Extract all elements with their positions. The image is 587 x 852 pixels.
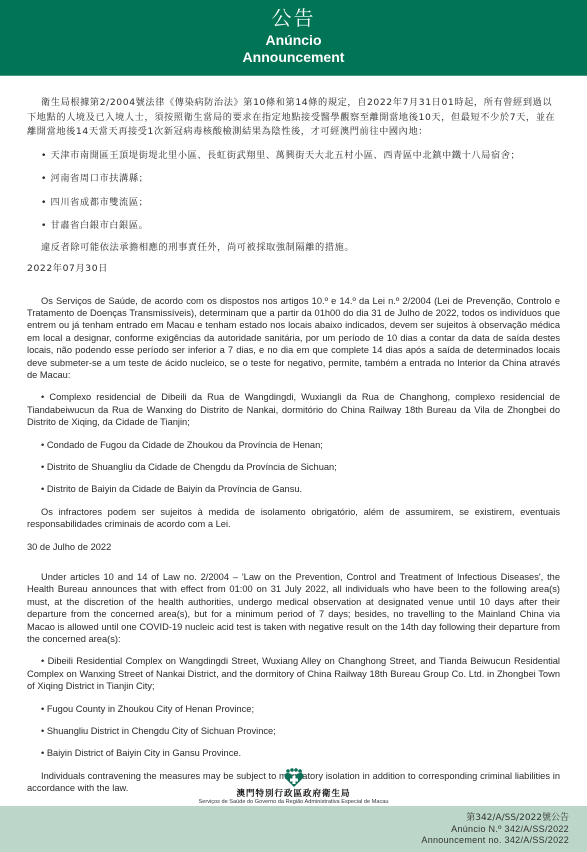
portuguese-penalty: Os infractores podem ser sujeitos à medi…	[27, 506, 560, 531]
portuguese-location-item: • Condado de Fugou da Cidade de Zhoukou …	[27, 439, 560, 451]
announcement-number-block: 第342/A/SS/2022號公告 Anúncio N.º 342/A/SS/2…	[421, 812, 569, 845]
chinese-intro: 衛生局根據第2/2004號法律《傳染病防治法》第10條和第14條的規定，自202…	[27, 96, 560, 140]
organization-name-chinese: 澳門特別行政區政府衛生局	[0, 789, 587, 799]
announcement-number-chinese: 第342/A/SS/2022號公告	[421, 812, 569, 824]
portuguese-location-item: • Distrito de Shuangliu da Cidade de Che…	[27, 461, 560, 473]
chinese-section: 衛生局根據第2/2004號法律《傳染病防治法》第10條和第14條的規定，自202…	[27, 96, 560, 277]
portuguese-location-item: • Distrito de Baiyin da Cidade de Baiyin…	[27, 483, 560, 495]
chinese-location-item: • 甘肅省白銀市白銀區。	[27, 219, 560, 234]
chinese-date: 2022年07月30日	[27, 262, 560, 277]
portuguese-location-item: • Complexo residencial de Dibeili da Rua…	[27, 391, 560, 428]
english-location-item: • Dibeili Residential Complex on Wangdin…	[27, 655, 560, 692]
title-english: Announcement	[0, 49, 587, 66]
english-location-item: • Shuangliu District in Chengdu City of …	[27, 725, 560, 737]
organization-signature: 澳門特別行政區政府衛生局 Serviços de Saúde do Govern…	[0, 768, 587, 806]
announcement-number-english: Announcement no. 342/A/SS/2022	[421, 835, 569, 846]
chinese-location-item: • 四川省成都市雙流區；	[27, 196, 560, 211]
announcement-header: 公告 Anúncio Announcement	[0, 0, 587, 76]
health-bureau-heart-cross-icon	[283, 768, 305, 788]
english-intro: Under articles 10 and 14 of Law no. 2/20…	[27, 571, 560, 645]
english-location-item: • Fugou County in Zhoukou City of Henan …	[27, 703, 560, 715]
portuguese-section: Os Serviços de Saúde, de acordo com os d…	[27, 295, 560, 554]
footer-band: 第342/A/SS/2022號公告 Anúncio N.º 342/A/SS/2…	[0, 806, 587, 852]
portuguese-date: 30 de Julho de 2022	[27, 541, 560, 553]
announcement-number-portuguese: Anúncio N.º 342/A/SS/2022	[421, 824, 569, 835]
chinese-location-item: • 天津市南開區王頂堤街堤北里小區、長虹街武翔里、萬興街天大北五村小區、西青區中…	[27, 149, 560, 164]
chinese-location-item: • 河南省周口市扶溝縣；	[27, 172, 560, 187]
chinese-penalty: 違反者除可能依法承擔相應的刑事責任外，尚可被採取強制隔離的措施。	[27, 241, 560, 256]
title-portuguese: Anúncio	[0, 32, 587, 49]
title-chinese: 公告	[0, 0, 587, 29]
announcement-body: 衛生局根據第2/2004號法律《傳染病防治法》第10條和第14條的規定，自202…	[27, 96, 560, 833]
organization-name-portuguese: Serviços de Saúde do Governo da Região A…	[0, 799, 587, 806]
english-location-item: • Baiyin District of Baiyin City in Gans…	[27, 747, 560, 759]
portuguese-intro: Os Serviços de Saúde, de acordo com os d…	[27, 295, 560, 382]
